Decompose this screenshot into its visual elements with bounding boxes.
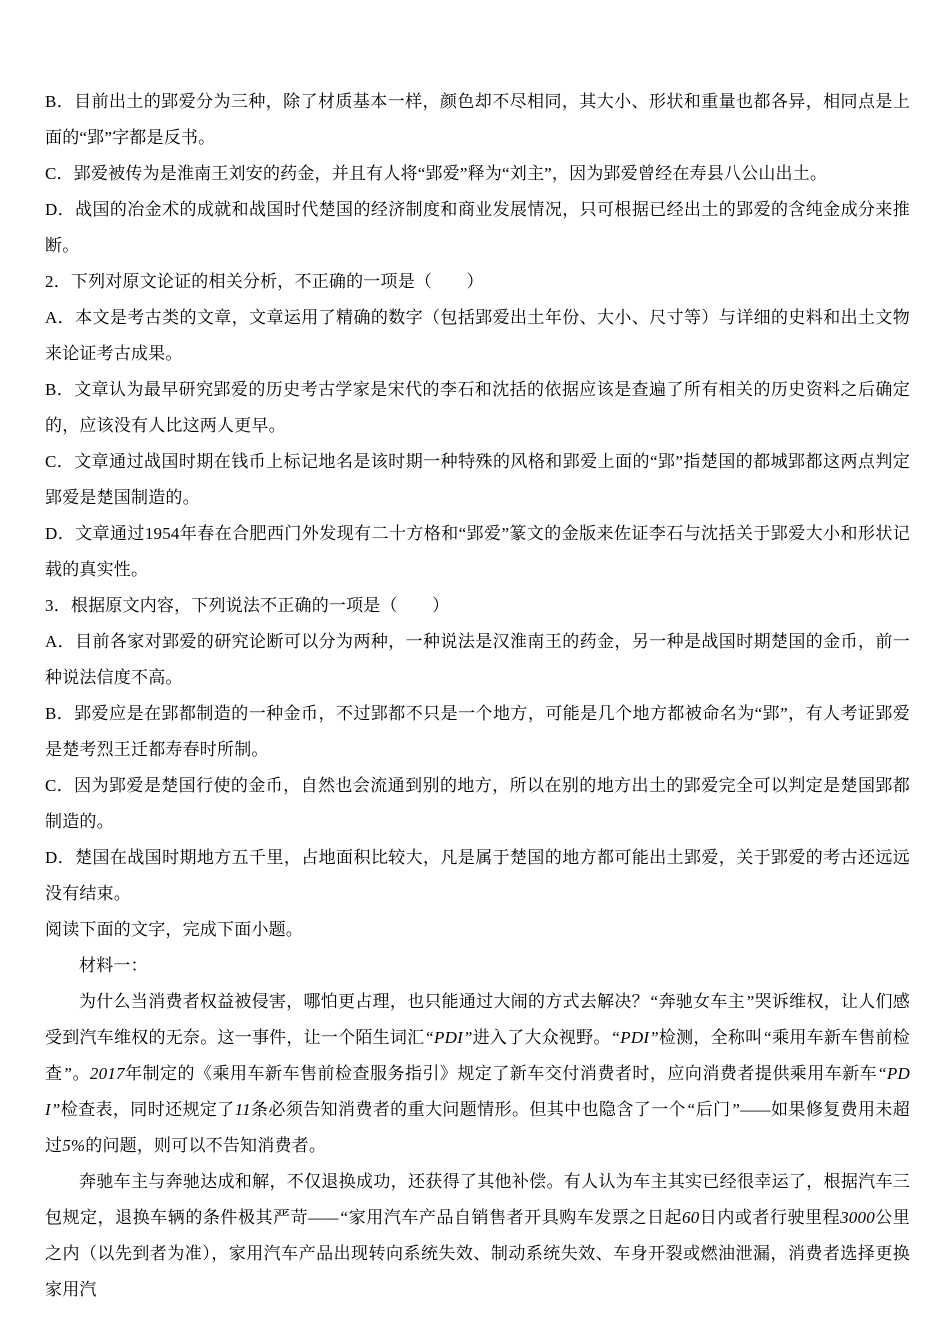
material-1-heading: 材料一：	[45, 948, 910, 984]
exam-document-page: B．目前出土的郢爱分为三种，除了材质基本一样，颜色却不尽相同，其大小、形状和重量…	[0, 0, 950, 1344]
q2-option-c: C．文章通过战国时期在钱币上标记地名是该时期一种特殊的风格和郢爱上面的“郢”指楚…	[45, 444, 910, 516]
q1-option-b: B．目前出土的郢爱分为三种，除了材质基本一样，颜色却不尽相同，其大小、形状和重量…	[45, 84, 910, 156]
q1-option-c: C．郢爱被传为是淮南王刘安的药金，并且有人将“郢爱”释为“刘主”，因为郢爱曾经在…	[45, 156, 910, 192]
material-1-paragraph: 为什么当消费者权益被侵害，哪怕更占理，也只能通过大闹的方式去解决？“奔驰女车主”…	[45, 984, 910, 1164]
q3-option-b: B．郢爱应是在郢都制造的一种金币，不过郢都不只是一个地方，可能是几个地方都被命名…	[45, 696, 910, 768]
question-2-stem: 2．下列对原文论证的相关分析，不正确的一项是（ ）	[45, 264, 910, 300]
reading-instruction: 阅读下面的文字，完成下面小题。	[45, 912, 910, 948]
question-3-stem: 3．根据原文内容，下列说法不正确的一项是（ ）	[45, 588, 910, 624]
q2-option-b: B．文章认为最早研究郢爱的历史考古学家是宋代的李石和沈括的依据应该是查遍了所有相…	[45, 372, 910, 444]
q2-option-d: D．文章通过1954年春在合肥西门外发现有二十方格和“郢爱”篆文的金版来佐证李石…	[45, 516, 910, 588]
q2-option-a: A．本文是考古类的文章，文章运用了精确的数字（包括郢爱出土年份、大小、尺寸等）与…	[45, 300, 910, 372]
q3-option-c: C．因为郢爱是楚国行使的金币，自然也会流通到别的地方，所以在别的地方出土的郢爱完…	[45, 768, 910, 840]
q3-option-d: D．楚国在战国时期地方五千里，占地面积比较大，凡是属于楚国的地方都可能出土郢爱，…	[45, 840, 910, 912]
q1-option-d: D．战国的冶金术的成就和战国时代楚国的经济制度和商业发展情况，只可根据已经出土的…	[45, 192, 910, 264]
q3-option-a: A．目前各家对郢爱的研究论断可以分为两种，一种说法是汉淮南王的药金，另一种是战国…	[45, 624, 910, 696]
material-1-paragraph: 奔驰车主与奔驰达成和解，不仅退换成功，还获得了其他补偿。有人认为车主其实已经很幸…	[45, 1164, 910, 1308]
